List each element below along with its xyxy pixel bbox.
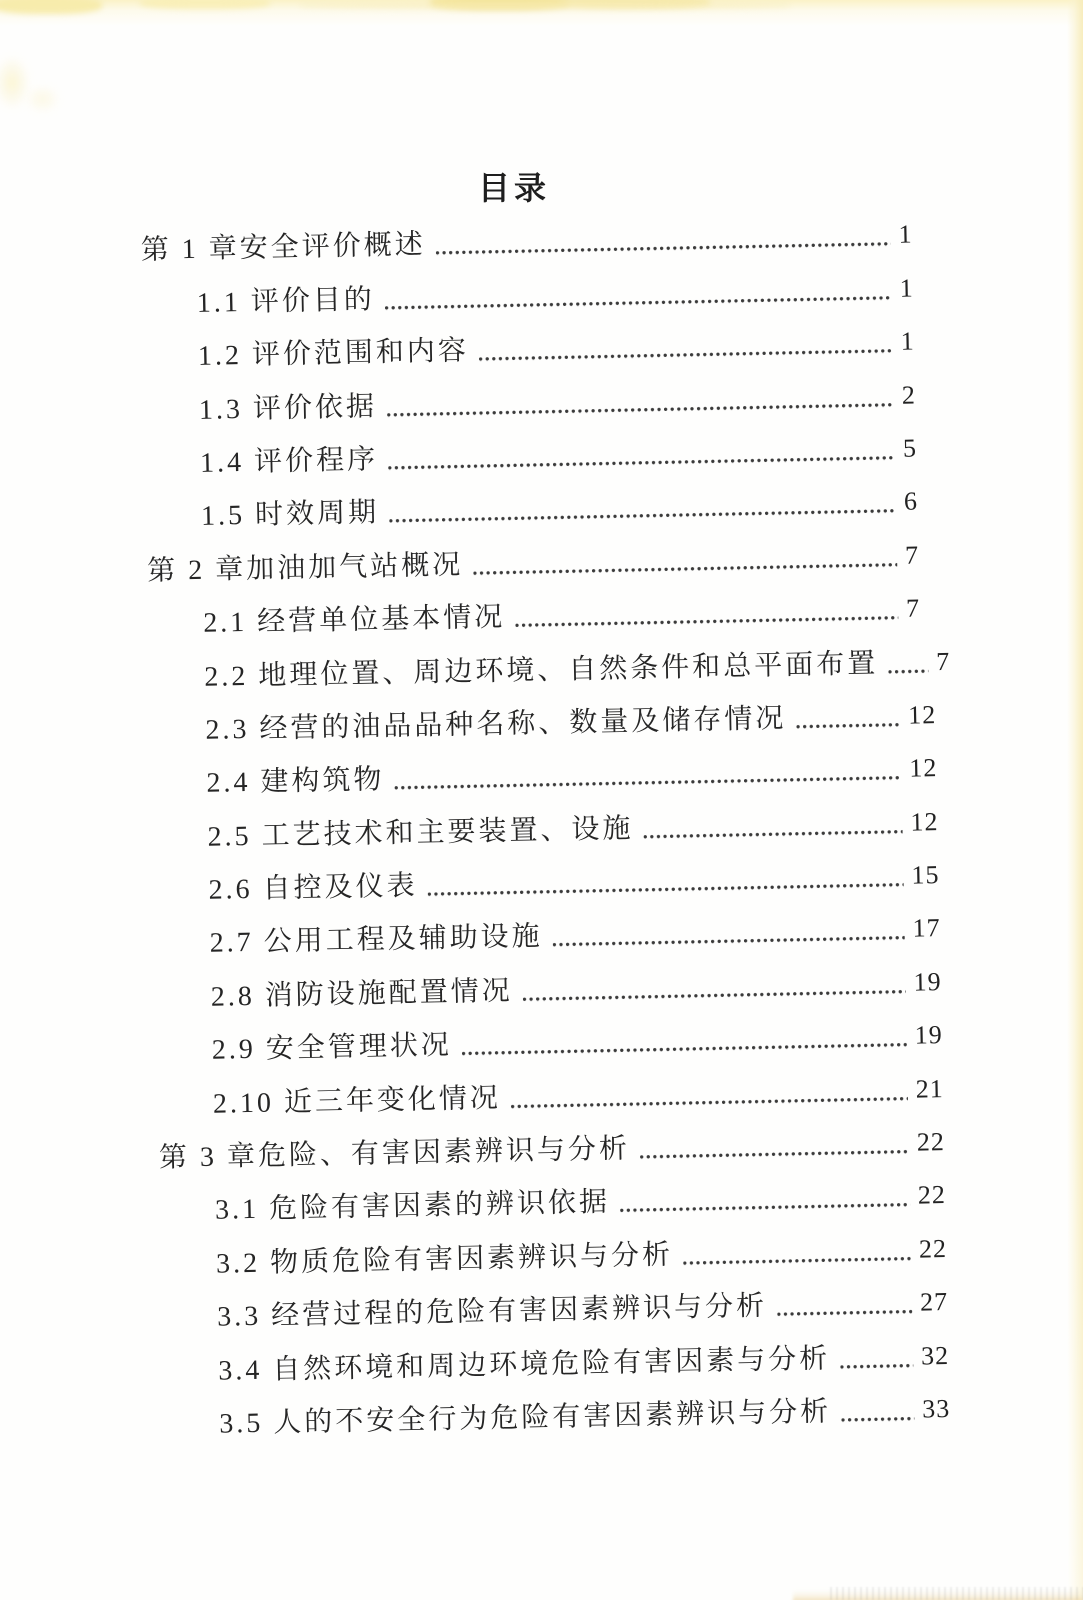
page-edge-right-fade	[1067, 1100, 1083, 1600]
toc-page-number: 7	[901, 542, 938, 569]
toc-entry-label: 2.7 公用工程及辅助设施	[209, 924, 543, 959]
edge-yellow-patch	[430, 0, 570, 10]
toc-page-number: 1	[894, 222, 931, 249]
toc-entry-label: 第 2 章加油加气站概况	[147, 551, 464, 585]
toc-entry-label: 第 1 章安全评价概述	[141, 232, 427, 266]
bottom-right-edge-tint	[793, 1590, 1083, 1600]
toc-page-number: 1	[897, 328, 934, 355]
toc-page-number: 7	[932, 648, 969, 675]
dot-leader	[683, 1257, 911, 1266]
toc-entry-label: 1.5 时效周期	[201, 500, 380, 532]
toc-page-number: 12	[904, 702, 941, 729]
toc-list: 第 1 章安全评价概述 1 1.1 评价目的 1 1.2 评价范围和内容 1 1…	[140, 196, 954, 1440]
toc-entry-label: 2.4 建构筑物	[206, 767, 385, 799]
toc-page-number: 22	[915, 1236, 952, 1263]
top-left-smudge	[0, 55, 30, 110]
toc-page-number: 32	[917, 1343, 954, 1370]
toc-page-number: 19	[909, 969, 946, 996]
dot-leader	[840, 1363, 913, 1368]
scanned-toc-page: 目录 第 1 章安全评价概述 1 1.1 评价目的 1 1.2 评价范围和内容 …	[0, 0, 1083, 1600]
toc-page-number: 5	[899, 435, 936, 462]
dot-leader	[888, 669, 928, 674]
toc-page-number: 6	[900, 488, 937, 515]
toc-page-number: 22	[914, 1182, 951, 1209]
toc-page-number: 12	[905, 755, 942, 782]
toc-entry-label: 2.1 经营单位基本情况	[203, 604, 506, 638]
edge-yellow-patch	[0, 0, 102, 14]
toc-page-number: 17	[908, 915, 945, 942]
toc-page-number: 27	[916, 1289, 953, 1316]
page-edge-right-tint	[1067, 0, 1083, 1600]
toc-entry-label: 1.3 评价依据	[199, 393, 378, 425]
toc-entry-label: 1.2 评价范围和内容	[198, 338, 470, 371]
edge-yellow-patch	[560, 0, 710, 8]
toc-entry-label: 2.10 近三年变化情况	[213, 1085, 502, 1119]
toc-page-number: 7	[902, 595, 939, 622]
toc-page-number: 2	[898, 382, 935, 409]
toc-page-number: 22	[913, 1129, 950, 1156]
bottom-scan-streaks	[830, 1587, 1083, 1600]
toc-page-number: 1	[895, 275, 932, 302]
dot-leader	[796, 723, 900, 729]
toc-entry-label: 1.4 评价程序	[200, 446, 379, 478]
dot-leader	[841, 1417, 914, 1422]
toc-page-number: 21	[912, 1076, 949, 1103]
toc-page-number: 12	[906, 809, 943, 836]
edge-yellow-patch	[140, 0, 270, 9]
toc-page-number: 15	[907, 862, 944, 889]
dot-leader	[777, 1310, 912, 1317]
page-edge-top-tint	[0, 0, 1083, 26]
toc-page-number: 33	[918, 1396, 955, 1423]
edge-yellow-patch	[300, 2, 790, 9]
page-title: 目录	[478, 163, 550, 209]
toc-page-number: 19	[910, 1022, 947, 1049]
toc-entry-label: 3.5 人的不安全行为危险有害因素辨识与分析	[219, 1398, 831, 1438]
toc-entry-label: 2.9 安全管理状况	[212, 1032, 453, 1065]
toc-entry-label: 2.6 自控及仪表	[208, 873, 418, 905]
left-smudge	[25, 85, 60, 113]
toc-entry-label: 2.8 消防设施配置情况	[211, 978, 514, 1012]
toc-entry-label: 1.1 评价目的	[197, 286, 376, 318]
